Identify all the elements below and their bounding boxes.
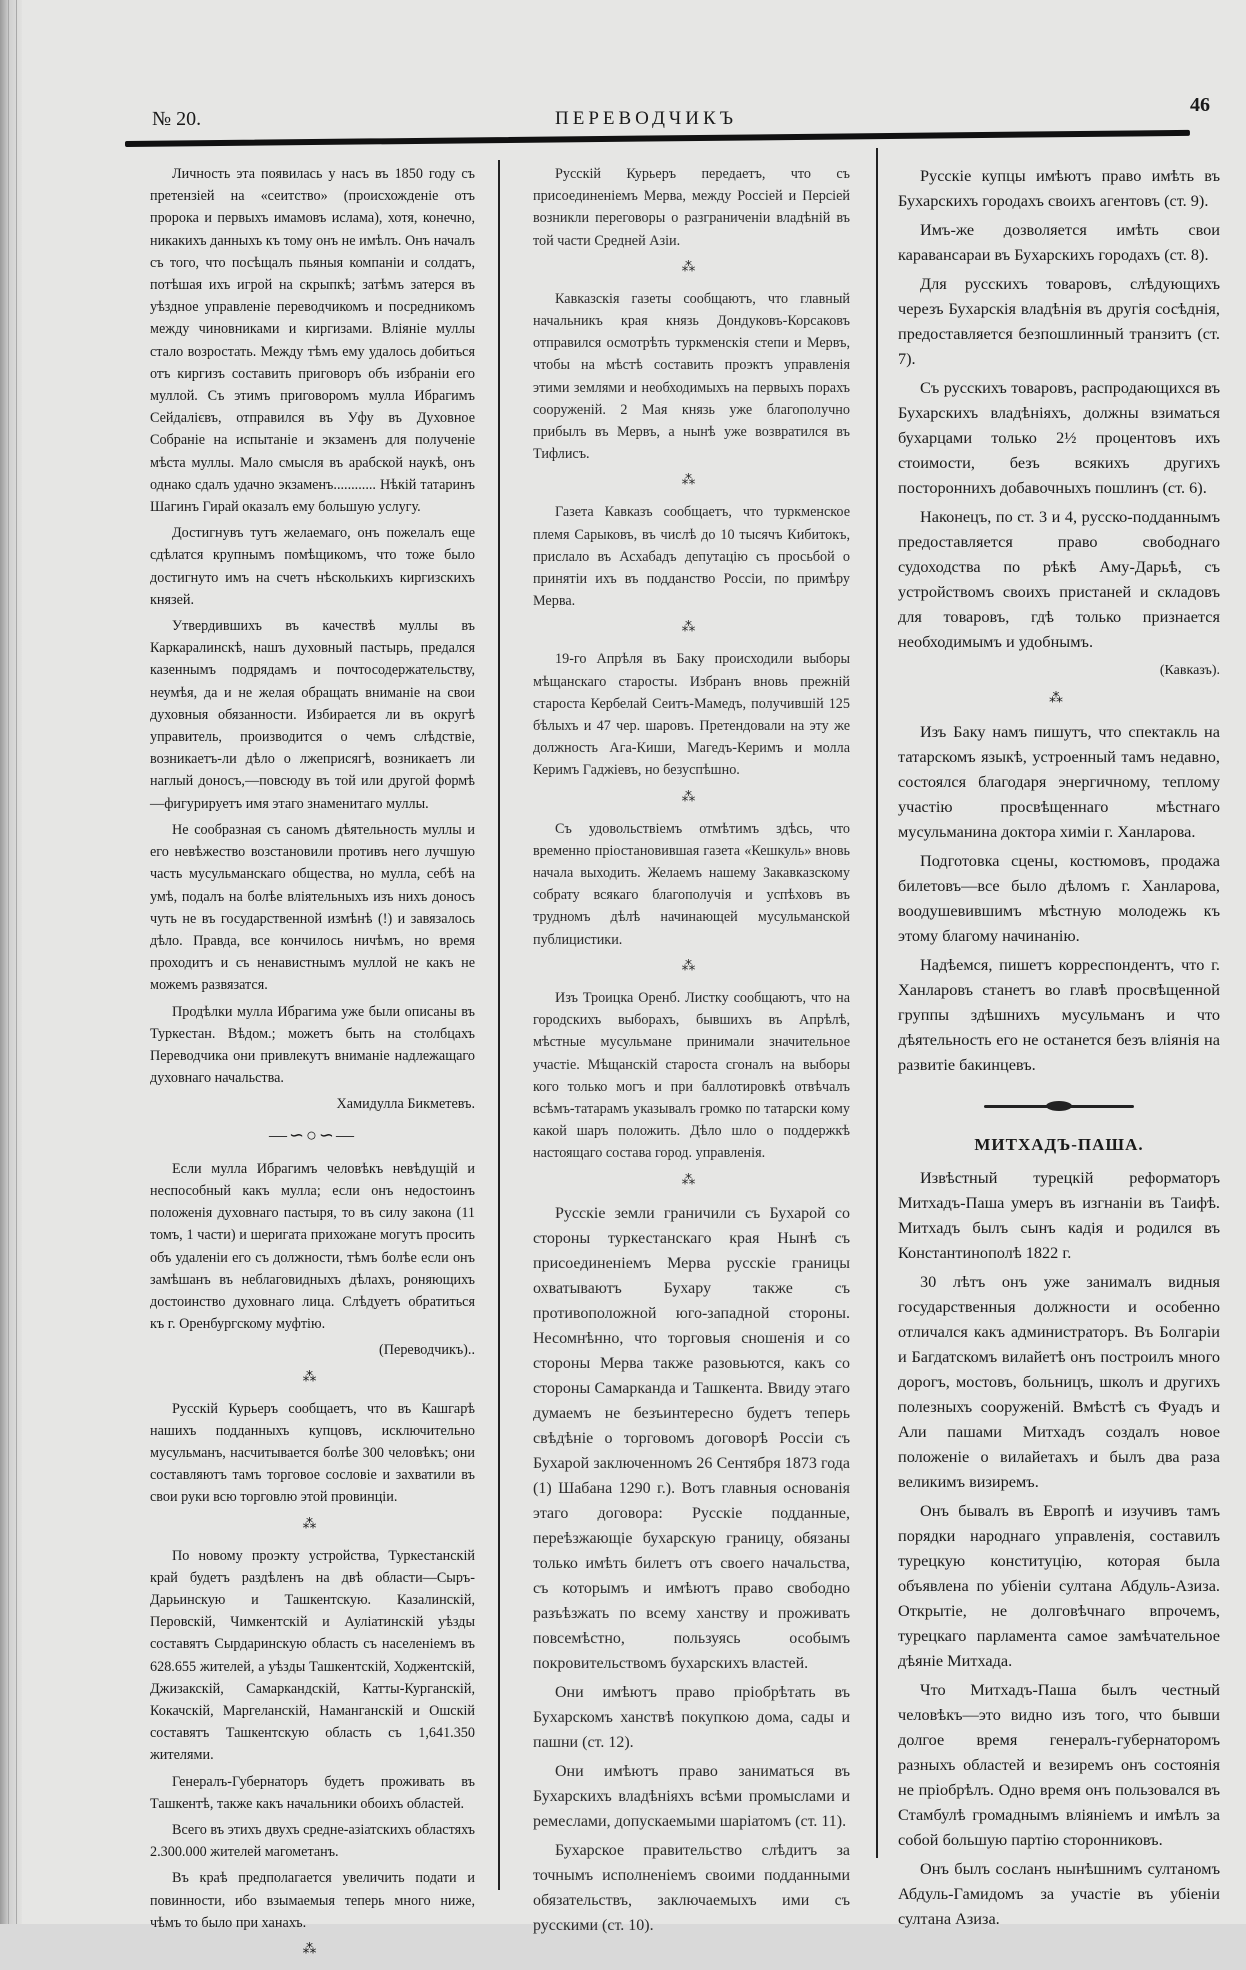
- news-item: Газета Кавказъ сообщаетъ, что туркменско…: [533, 501, 850, 612]
- page-number: 46: [1190, 94, 1210, 117]
- asterism-separator: ⁂: [533, 622, 850, 634]
- source-attribution: (Кавказъ).: [898, 658, 1220, 683]
- left-column: Личность эта появилась у насъ въ 1850 го…: [150, 163, 475, 1924]
- binding-line: [8, 0, 9, 1924]
- treaty-paragraph: Они имѣютъ право пріобрѣтать въ Бухарско…: [533, 1680, 850, 1755]
- treaty-paragraph: Наконецъ, по ст. 3 и 4, русско-подданным…: [898, 504, 1220, 654]
- masthead-title: ПЕРЕВОДЧИКЪ: [555, 108, 737, 130]
- news-paragraph: Генералъ-Губернаторъ будетъ проживать въ…: [150, 1771, 475, 1815]
- baku-paragraph: Подготовка сцены, костюмовъ, продажа бил…: [898, 848, 1220, 948]
- asterism-separator: ⁂: [533, 1175, 850, 1187]
- treaty-paragraph: Имъ-же дозволяется имѣть свои каравансар…: [898, 217, 1220, 267]
- section-title: МИТХАДЪ-ПАША.: [898, 1132, 1220, 1157]
- page-header: № 20. ПЕРЕВОДЧИКЪ 46: [150, 98, 1210, 134]
- asterism-separator: ⁂: [533, 792, 850, 804]
- issue-number: № 20.: [152, 108, 201, 131]
- editor-signature: (Переводчикъ)..: [150, 1339, 475, 1361]
- news-paragraph: Всего въ этихъ двухъ средне-азіатскихъ о…: [150, 1819, 475, 1863]
- asterism-separator: ⁂: [898, 693, 1220, 705]
- baku-paragraph: Изъ Баку намъ пишутъ, что спектакль на т…: [898, 719, 1220, 844]
- news-item: Съ удовольствіемъ отмѣтимъ здѣсь, что вр…: [533, 818, 850, 951]
- treaty-paragraph: Бухарское правительство слѣдитъ за точны…: [533, 1838, 850, 1924]
- right-column: Русскіе купцы имѣютъ право имѣть въ Буха…: [898, 163, 1220, 1924]
- midhat-paragraph: Извѣстный турецкій реформаторъ Митхадъ-П…: [898, 1165, 1220, 1265]
- asterism-separator: ⁂: [533, 262, 850, 274]
- treaty-paragraph: Они имѣютъ право заниматься въ Бухарских…: [533, 1759, 850, 1834]
- news-paragraph: По новому проэкту устройства, Туркестанс…: [150, 1545, 475, 1767]
- ornamental-divider: [984, 1105, 1134, 1108]
- column-divider: [498, 160, 500, 1890]
- asterism-separator: ⁂: [150, 1372, 475, 1384]
- newspaper-page: № 20. ПЕРЕВОДЧИКЪ 46 Личность эта появил…: [0, 0, 1246, 1924]
- treaty-paragraph: Русскіе земли граничили съ Бухарой со ст…: [533, 1201, 850, 1676]
- midhat-paragraph: Онъ бывалъ въ Европѣ и изучивъ тамъ поря…: [898, 1498, 1220, 1673]
- baku-paragraph: Надѣемся, пишетъ корреспондентъ, что г. …: [898, 952, 1220, 1077]
- news-item: Кавказскія газеты сообщаютъ, что главный…: [533, 288, 850, 466]
- article-paragraph: Утвердившихъ въ качествѣ муллы въ Каркар…: [150, 615, 475, 815]
- news-item: Изъ Троицка Оренб. Листку сообщаютъ, что…: [533, 987, 850, 1165]
- page-binding-edge: [0, 0, 22, 1924]
- article-paragraph: Личность эта появилась у насъ въ 1850 го…: [150, 163, 475, 518]
- treaty-paragraph: Русскіе купцы имѣютъ право имѣть въ Буха…: [898, 163, 1220, 213]
- news-item: Русскій Курьеръ передаетъ, что съ присое…: [533, 163, 850, 252]
- binding-line: [16, 0, 17, 1924]
- treaty-paragraph: Для русскихъ товаровъ, слѣдующихъ черезъ…: [898, 271, 1220, 371]
- middle-column: Русскій Курьеръ передаетъ, что съ присое…: [533, 163, 850, 1924]
- asterism-separator: ⁂: [150, 1519, 475, 1531]
- article-paragraph: Достигнувъ тутъ желаемаго, онъ пожелалъ …: [150, 522, 475, 611]
- news-paragraph: Русскій Курьеръ сообщаетъ, что въ Кашгар…: [150, 1398, 475, 1509]
- news-paragraph: Въ краѣ предполагается увеличить подати …: [150, 1867, 475, 1924]
- asterism-separator: ⁂: [533, 961, 850, 973]
- author-signature: Хамидулла Бикметевъ.: [150, 1093, 475, 1115]
- treaty-paragraph: Съ русскихъ товаровъ, распродающихся въ …: [898, 375, 1220, 500]
- flourish-divider: —∽○∽—: [150, 1124, 475, 1146]
- midhat-paragraph: 30 лѣтъ онъ уже занималъ видныя государс…: [898, 1269, 1220, 1494]
- asterism-separator: ⁂: [533, 475, 850, 487]
- column-divider: [876, 148, 878, 1858]
- news-item: 19-го Апрѣля въ Баку происходили выборы …: [533, 648, 850, 781]
- article-paragraph: Не сообразная съ саномъ дѣятельность мул…: [150, 819, 475, 997]
- midhat-paragraph: Онъ былъ сосланъ нынѣшнимъ султаномъ Абд…: [898, 1856, 1220, 1924]
- editor-note-paragraph: Если мулла Ибрагимъ человѣкъ невѣдущій и…: [150, 1158, 475, 1336]
- article-paragraph: Продѣлки мулла Ибрагима уже были описаны…: [150, 1001, 475, 1090]
- midhat-paragraph: Что Митхадъ-Паша былъ честный человѣкъ—э…: [898, 1677, 1220, 1852]
